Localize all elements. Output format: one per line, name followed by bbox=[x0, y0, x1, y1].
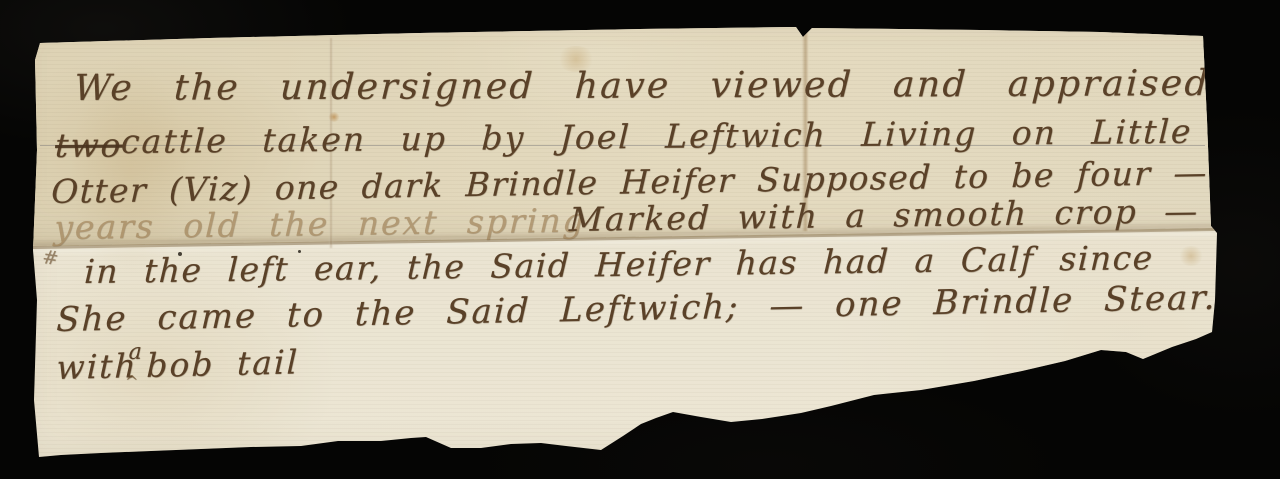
document-paper: We the undersigned have viewed and appra… bbox=[0, 0, 1280, 479]
manuscript-word-two-struck: two bbox=[54, 126, 123, 165]
manuscript-line-1: We the undersigned have viewed and appra… bbox=[73, 63, 1211, 109]
ink-speck bbox=[205, 30, 208, 33]
manuscript-line-4-faded: years old the next spring bbox=[54, 201, 587, 247]
insertion-caret: ^ bbox=[125, 372, 138, 391]
paper-stain bbox=[690, 424, 780, 434]
manuscript-inserted-a: a bbox=[128, 340, 142, 365]
margin-pen-mark: # bbox=[41, 246, 60, 270]
paper-stain bbox=[1196, 348, 1210, 360]
scan-background: We the undersigned have viewed and appra… bbox=[0, 0, 1280, 479]
manuscript-line-7-bobtail: bob tail bbox=[146, 342, 300, 385]
paper-stain bbox=[1178, 246, 1204, 266]
